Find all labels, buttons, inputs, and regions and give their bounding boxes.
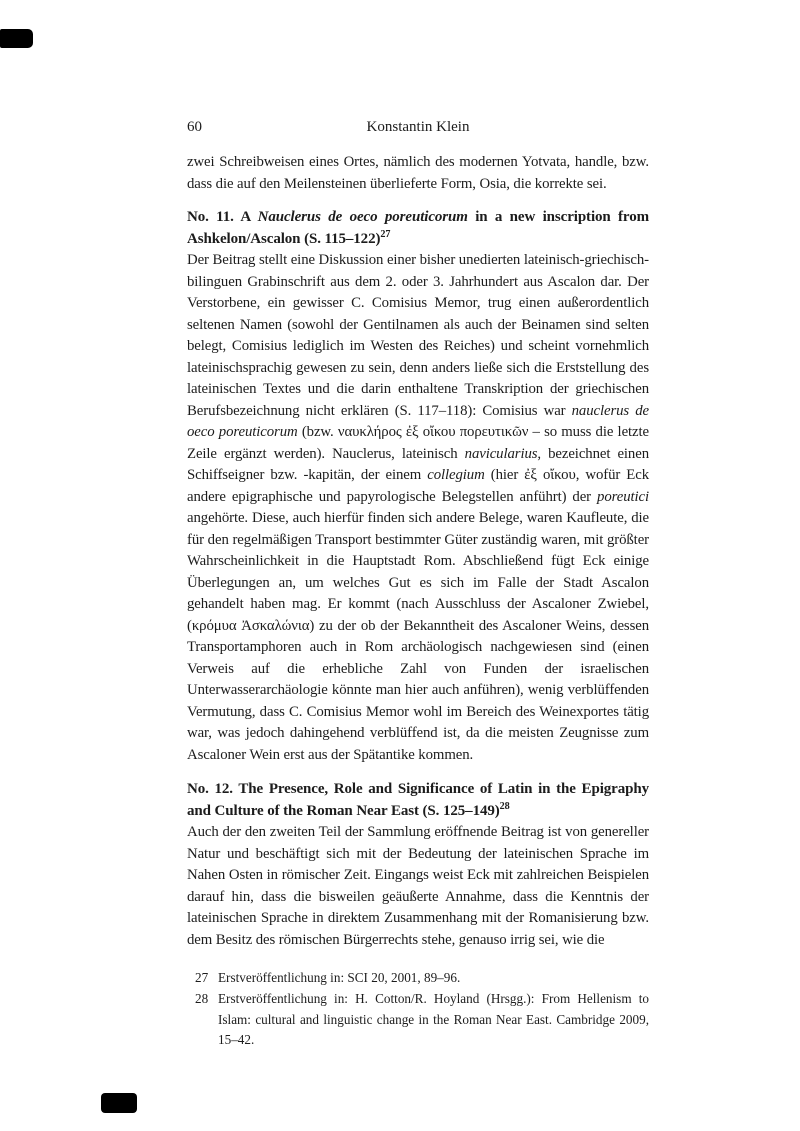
footnote-text: Erstveröffentlichung in: SCI 20, 2001, 8… xyxy=(218,968,649,988)
footnote-27: 27 Erstveröffentlichung in: SCI 20, 2001… xyxy=(195,968,649,988)
page-header: 60 Konstantin Klein xyxy=(187,117,649,138)
text-column: 60 Konstantin Klein zwei Schreibweisen e… xyxy=(187,117,649,1050)
footnote-number: 27 xyxy=(195,968,218,988)
page-number: 60 xyxy=(187,117,202,138)
running-title: Konstantin Klein xyxy=(367,119,470,135)
footnotes-section: 27 Erstveröffentlichung in: SCI 20, 2001… xyxy=(187,968,649,1050)
entry-12-heading: No. 12. The Presence, Role and Significa… xyxy=(187,779,649,822)
scan-artifact-bottom xyxy=(101,1093,137,1113)
intro-paragraph: zwei Schreibweisen eines Ortes, nämlich … xyxy=(187,152,649,195)
footnote-number: 28 xyxy=(195,989,218,1009)
scan-artifact-top xyxy=(0,29,33,48)
footnote-text: Erstveröffentlichung in: H. Cotton/R. Ho… xyxy=(218,989,649,1050)
entry-11-heading: No. 11. A Nauclerus de oeco poreuticorum… xyxy=(187,207,649,250)
document-page: 60 Konstantin Klein zwei Schreibweisen e… xyxy=(0,0,800,1131)
entry-11-body: Der Beitrag stellt eine Diskussion einer… xyxy=(187,250,649,766)
footnote-28: 28 Erstveröffentlichung in: H. Cotton/R.… xyxy=(195,989,649,1050)
entry-12-body: Auch der den zweiten Teil der Sammlung e… xyxy=(187,822,649,951)
